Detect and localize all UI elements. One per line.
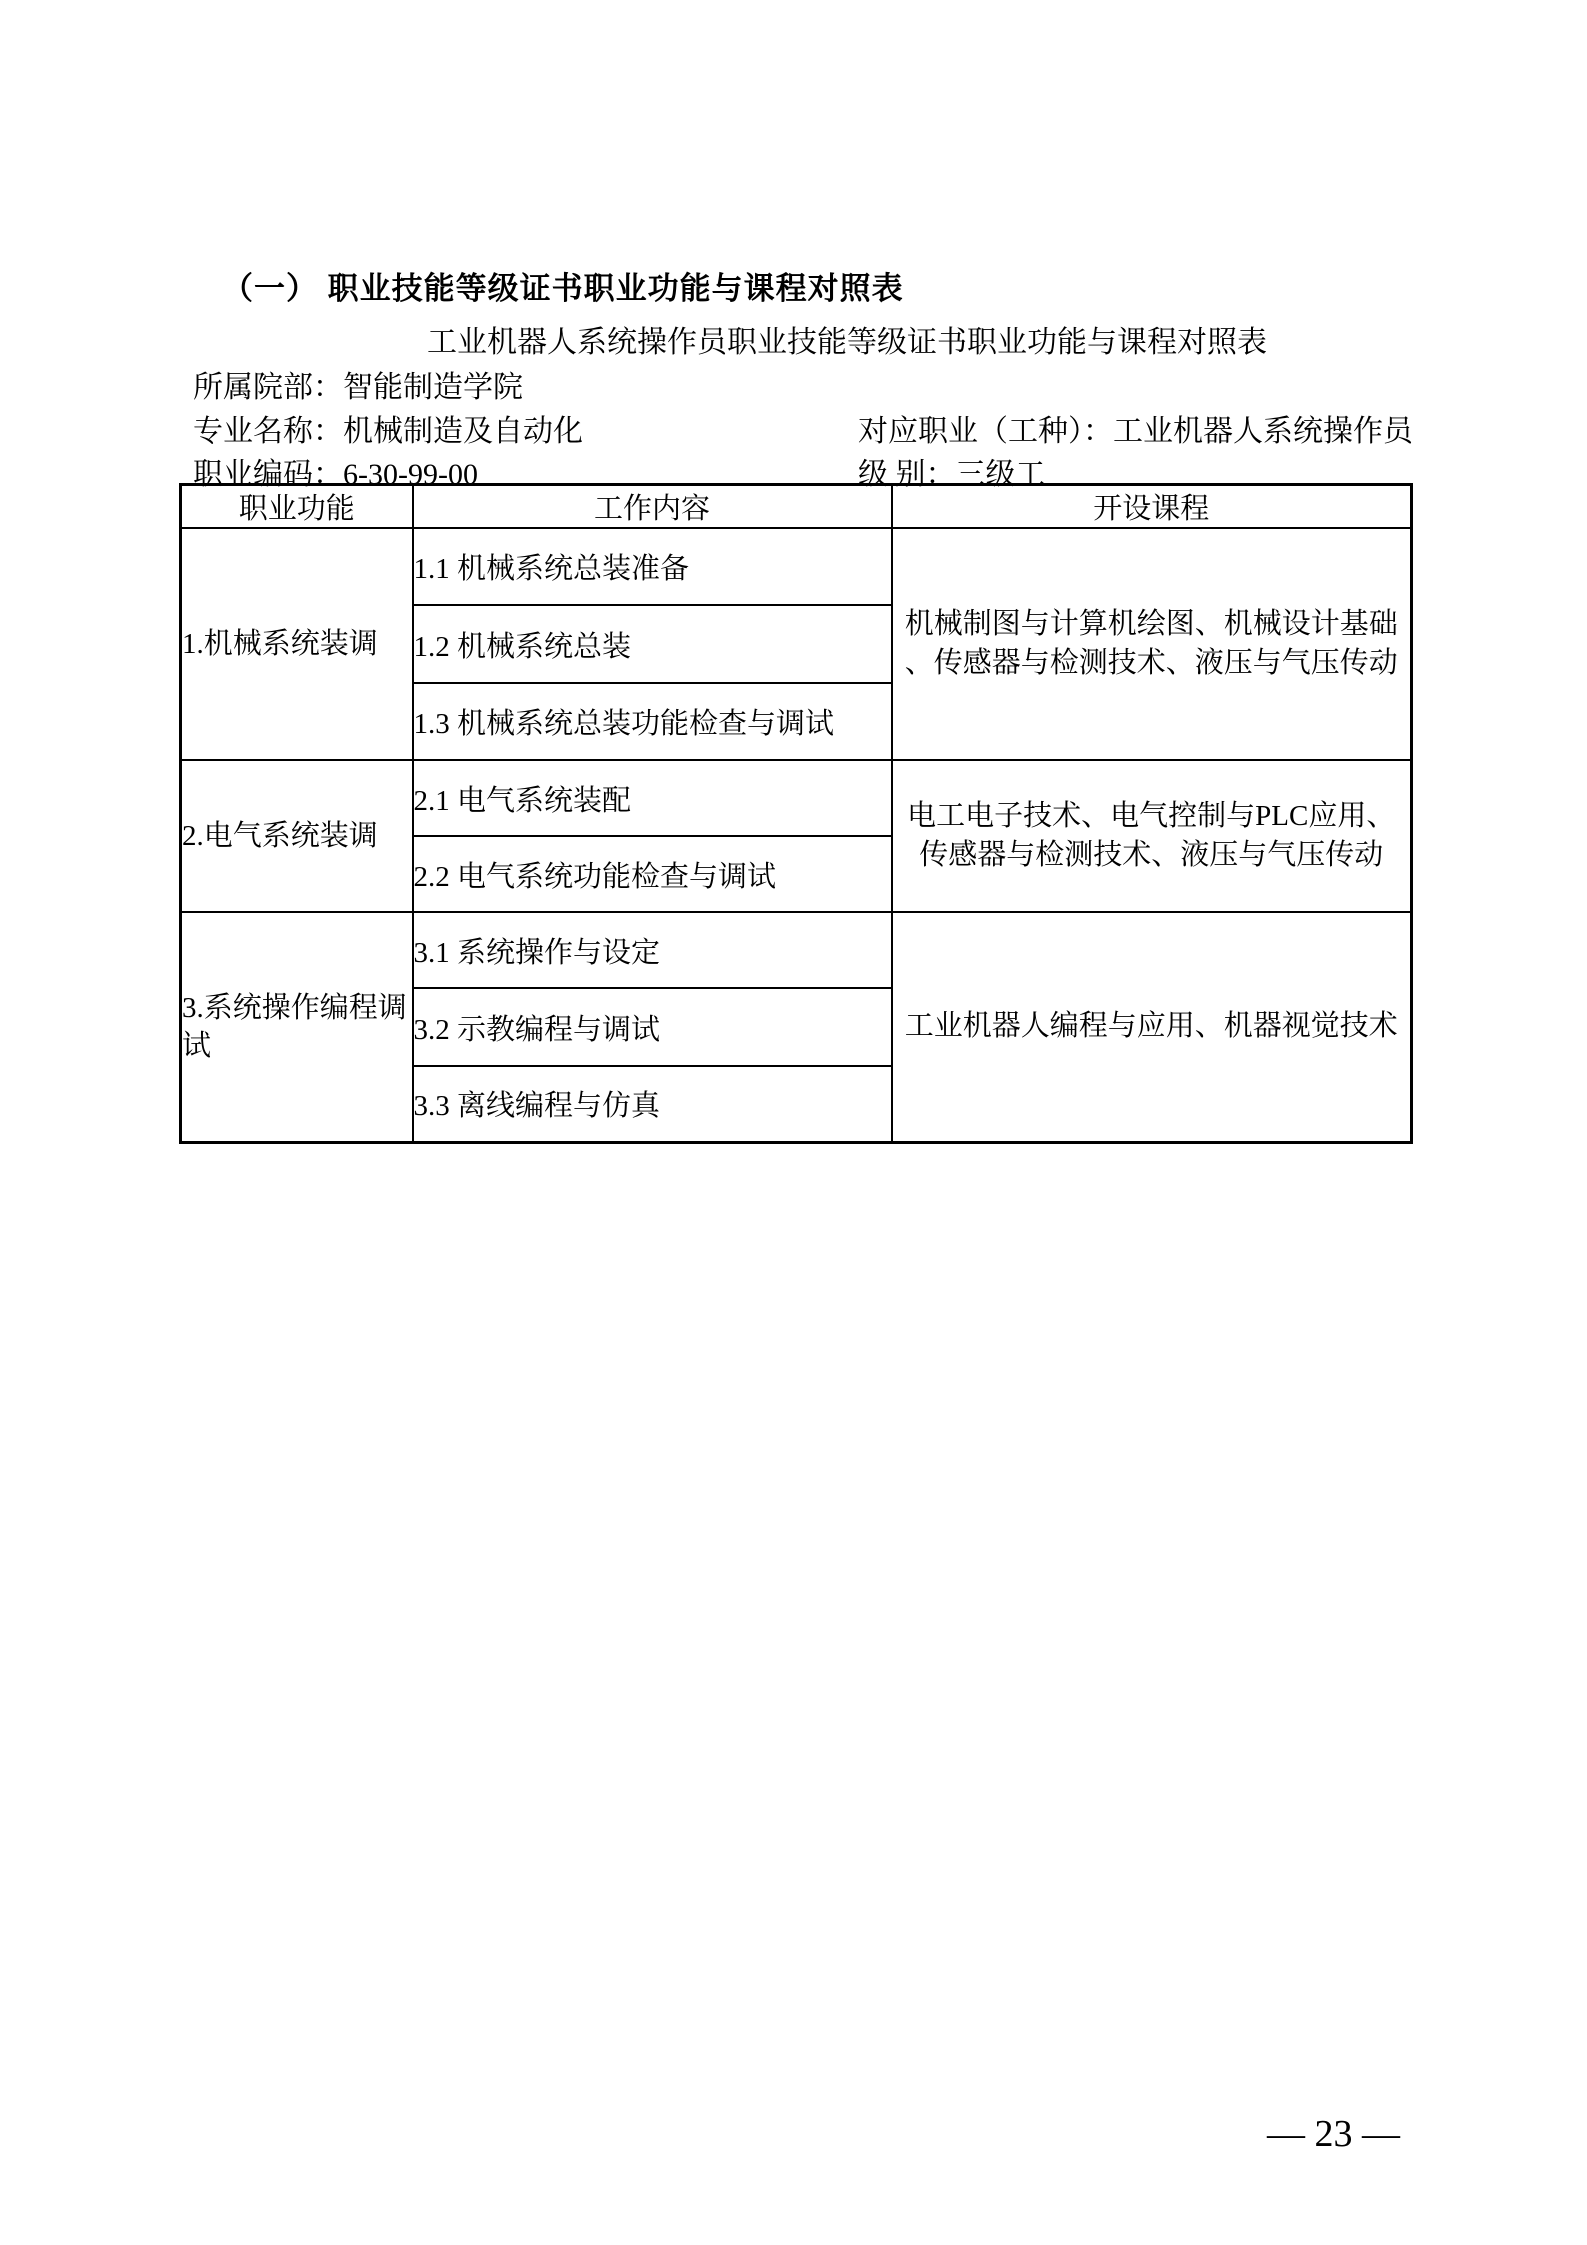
task-cell: 3.1 系统操作与设定 <box>413 912 892 988</box>
column-header-work-content: 工作内容 <box>413 485 892 529</box>
task-cell: 3.2 示教编程与调试 <box>413 988 892 1066</box>
table-row: 2.电气系统装调 2.1 电气系统装配 电工电子技术、电气控制与PLC应用、 传… <box>181 760 1412 836</box>
section-heading: （一） 职业技能等级证书职业功能与课程对照表 <box>222 263 904 308</box>
info-occupation: 对应职业（工种）：工业机器人系统操作员 <box>858 406 1413 450</box>
table-row: 3.系统操作编程调试 3.1 系统操作与设定 工业机器人编程与应用、机器视觉技术 <box>181 912 1412 988</box>
document-page: （一） 职业技能等级证书职业功能与课程对照表 工业机器人系统操作员职业技能等级证… <box>0 0 1587 2245</box>
courses-cell-mechanical: 机械制图与计算机绘图、机械设计基础 、传感器与检测技术、液压与气压传动 <box>892 528 1412 760</box>
table-title: 工业机器人系统操作员职业技能等级证书职业功能与课程对照表 <box>193 317 1501 361</box>
column-header-courses: 开设课程 <box>892 485 1412 529</box>
info-department: 所属院部：智能制造学院 <box>193 362 523 406</box>
info-major: 专业名称：机械制造及自动化 <box>193 406 583 450</box>
task-cell: 3.3 离线编程与仿真 <box>413 1066 892 1142</box>
task-cell: 2.2 电气系统功能检查与调试 <box>413 836 892 912</box>
courses-cell-programming: 工业机器人编程与应用、机器视觉技术 <box>892 912 1412 1142</box>
task-cell: 1.3 机械系统总装功能检查与调试 <box>413 683 892 760</box>
table-row: 1.机械系统装调 1.1 机械系统总装准备 机械制图与计算机绘图、机械设计基础 … <box>181 528 1412 605</box>
task-cell: 2.1 电气系统装配 <box>413 760 892 836</box>
function-cell-electrical: 2.电气系统装调 <box>181 760 413 912</box>
course-mapping-table: 职业功能 工作内容 开设课程 1.机械系统装调 1.1 机械系统总装准备 机械制… <box>179 483 1413 1144</box>
function-cell-programming: 3.系统操作编程调试 <box>181 912 413 1142</box>
task-cell: 1.2 机械系统总装 <box>413 605 892 683</box>
courses-cell-electrical: 电工电子技术、电气控制与PLC应用、 传感器与检测技术、液压与气压传动 <box>892 760 1412 912</box>
table-header-row: 职业功能 工作内容 开设课程 <box>181 485 1412 529</box>
task-cell: 1.1 机械系统总装准备 <box>413 528 892 605</box>
column-header-function: 职业功能 <box>181 485 413 529</box>
function-cell-mechanical: 1.机械系统装调 <box>181 528 413 760</box>
page-number: — 23 — <box>1267 2112 1400 2156</box>
